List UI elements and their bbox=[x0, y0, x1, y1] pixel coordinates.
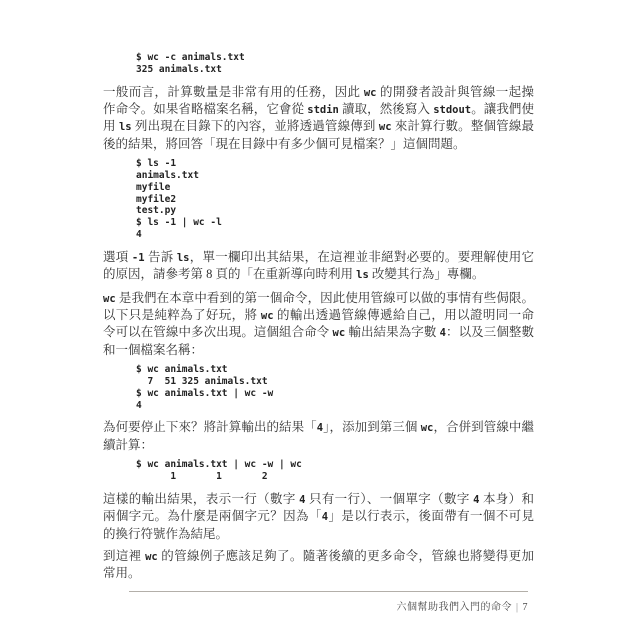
body-text-segment: 讀取，然後寫入 bbox=[339, 102, 433, 116]
paragraph-why-stop: 為何要停止下來？將計算輸出的結果「4」，添加到第三個 wc，合併到管線中繼續計算… bbox=[103, 419, 534, 453]
code-block-ls-pipe-wc: $ ls -1 animals.txt myfile myfile2 test.… bbox=[136, 158, 534, 241]
body-text-segment: 這樣的輸出結果，表示一行（數字 bbox=[103, 492, 299, 506]
body-text-segment: 改變其行為」專欄。 bbox=[369, 267, 485, 281]
code-block-wc-self-pipe: $ wc animals.txt 7 51 325 animals.txt $ … bbox=[136, 364, 534, 411]
code-block-wc-c: $ wc -c animals.txt 325 animals.txt bbox=[136, 52, 534, 76]
inline-code-wc: wc bbox=[421, 422, 434, 434]
body-text-segment: 列出現在目錄下的內容，並將透過管線傳到 bbox=[132, 119, 379, 133]
page-footer: 六個幫助我們入門的命令|7 bbox=[129, 591, 528, 613]
inline-code-stdin: stdin bbox=[307, 104, 339, 116]
inline-code-wc: wc bbox=[364, 87, 377, 99]
body-text-segment: 一般而言，計算數量是非常有用的任務，因此 bbox=[103, 85, 364, 99]
paragraph-wc-pipes-intro: 一般而言，計算數量是非常有用的任務，因此 wc 的開發者設計與管線一起操作命令。… bbox=[103, 84, 534, 153]
inline-code-wc: wc bbox=[103, 293, 116, 305]
body-text-segment: 只有一行）、一個單字（數字 bbox=[305, 492, 473, 506]
body-text-segment: 為何要停止下來？將計算輸出的結果「 bbox=[103, 420, 317, 434]
footer-page-number: 7 bbox=[523, 602, 529, 613]
body-text-segment: 輸出結果為字數 bbox=[345, 325, 439, 339]
inline-code-wc: wc bbox=[379, 121, 392, 133]
inline-code-dash-1: -1 bbox=[132, 252, 145, 264]
page-content: $ wc -c animals.txt 325 animals.txt 一般而言… bbox=[103, 50, 534, 588]
footer-separator: | bbox=[512, 602, 523, 613]
paragraph-wc-first-command: wc 是我們在本章中看到的第一個命令，因此使用管線可以做的事情有些侷限。以下只是… bbox=[103, 290, 534, 359]
inline-code-ls: ls bbox=[356, 269, 369, 281]
inline-code-ls: ls bbox=[119, 121, 132, 133]
footer-chapter-title: 六個幫助我們入門的命令 bbox=[396, 602, 512, 613]
paragraph-ls-option-1: 選項 -1 告訴 ls，單一欄印出其結果，在這裡並非絕對必要的。要理解使用它的原… bbox=[103, 249, 534, 284]
code-block-wc-triple-pipe: $ wc animals.txt | wc -w | wc 1 1 2 bbox=[136, 459, 534, 483]
body-text-segment: 告訴 bbox=[145, 250, 177, 264]
body-text-segment: 到這裡 bbox=[103, 549, 145, 563]
paragraph-wrap-up: 到這裡 wc 的管線例子應該足夠了。隨著後續的更多命令，管線也將變得更加常用。 bbox=[103, 548, 534, 582]
paragraph-output-explanation: 這樣的輸出結果，表示一行（數字 4 只有一行）、一個單字（數字 4 本身）和兩個… bbox=[103, 491, 534, 542]
book-page: $ wc -c animals.txt 325 animals.txt 一般而言… bbox=[0, 0, 640, 640]
body-text-segment: 的管線例子應該足夠了。隨著後續的更多命令，管線也將變得更加常用。 bbox=[103, 549, 534, 580]
inline-code-stdout: stdout bbox=[433, 104, 471, 116]
inline-code-wc: wc bbox=[261, 310, 274, 322]
inline-code-ls: ls bbox=[177, 252, 190, 264]
body-text-segment: 」，添加到第三個 bbox=[323, 420, 421, 434]
body-text-segment: 選項 bbox=[103, 250, 132, 264]
inline-code-wc: wc bbox=[145, 551, 158, 563]
inline-code-wc: wc bbox=[333, 327, 346, 339]
